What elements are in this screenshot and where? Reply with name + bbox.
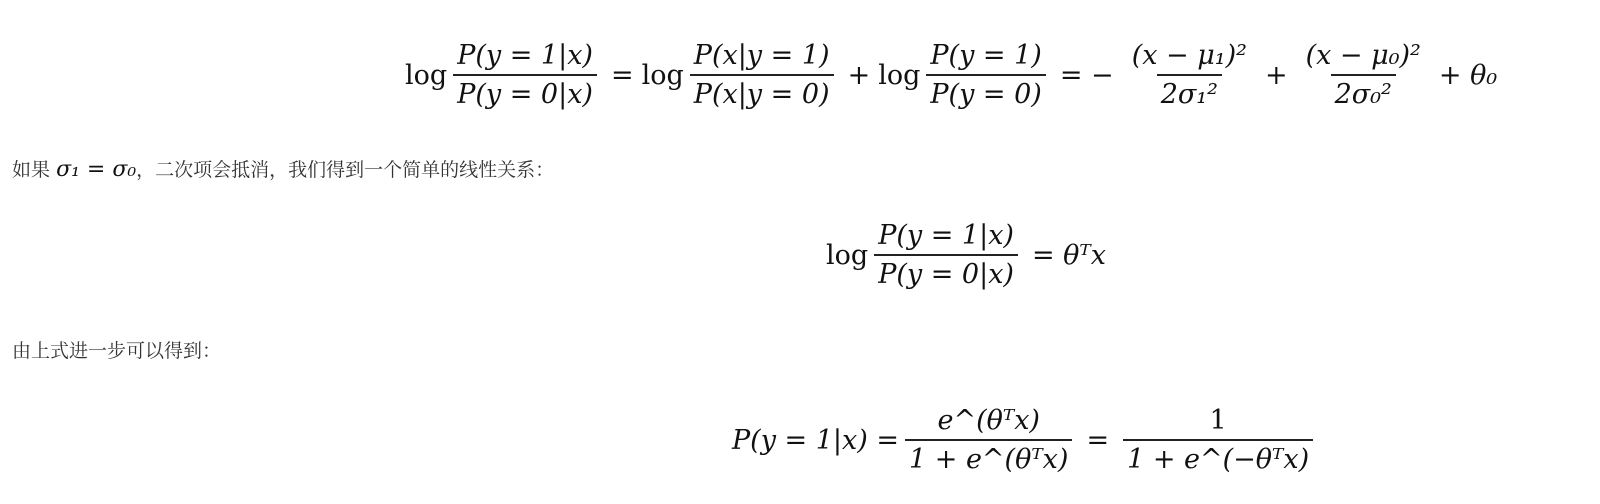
equation-log-odds-expansion: log P(y = 1|x) P(y = 0|x) = log P(x|y = …: [405, 30, 1505, 120]
fraction-gaussian-term-0: (x − μ₀)² 2σ₀²: [1302, 40, 1425, 110]
fraction-gaussian-term-1: (x − μ₁)² 2σ₁²: [1128, 40, 1251, 110]
equation-linear-log-odds: log P(y = 1|x) P(y = 0|x) = θᵀx: [826, 210, 1114, 300]
fraction-exp-form: e^(θᵀx) 1 + e^(θᵀx): [905, 405, 1072, 475]
paragraph-further-derivation: 由上式进一步可以得到：: [12, 336, 221, 363]
fraction-posterior-ratio-2: P(y = 1|x) P(y = 0|x): [874, 220, 1018, 290]
inline-math-sigma: σ₁ = σ₀: [56, 157, 136, 182]
paragraph-sigma-equal: 如果 σ₁ = σ₀，二次项会抵消，我们得到一个简单的线性关系：: [12, 155, 554, 182]
fraction-sigmoid-form: 1 1 + e^(−θᵀx): [1123, 405, 1313, 475]
log-operator: log: [405, 60, 447, 91]
fraction-posterior-ratio: P(y = 1|x) P(y = 0|x): [453, 40, 597, 110]
fraction-likelihood-ratio: P(x|y = 1) P(x|y = 0): [690, 40, 834, 110]
equation-sigmoid: P(y = 1|x) = e^(θᵀx) 1 + e^(θᵀx) = 1 1 +…: [732, 392, 1319, 488]
fraction-prior-ratio: P(y = 1) P(y = 0): [926, 40, 1045, 110]
